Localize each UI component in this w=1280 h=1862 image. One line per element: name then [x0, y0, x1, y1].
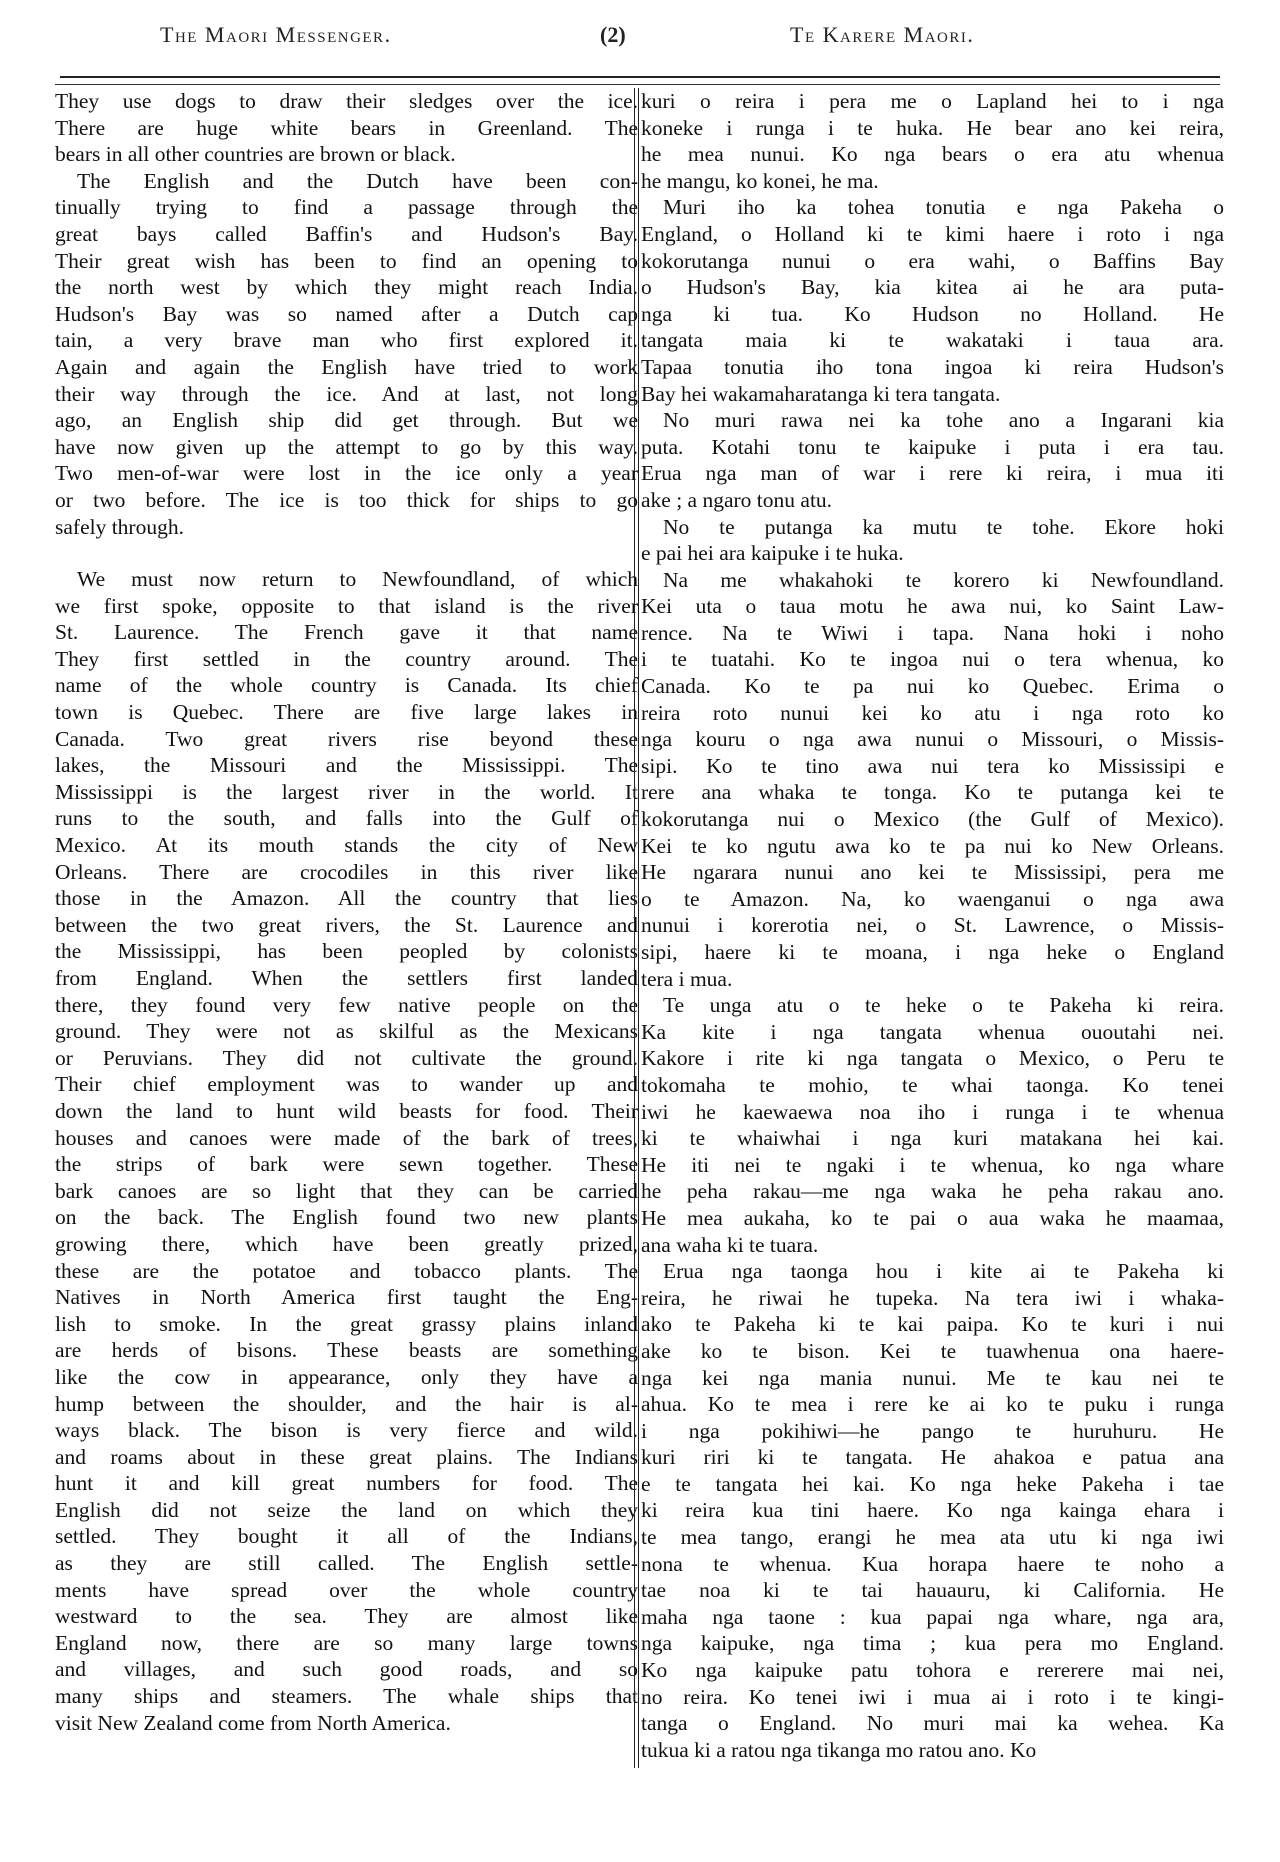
text-line: tera i mua.: [641, 966, 1224, 993]
text-line: Canada. Ko te pa nui ko Quebec. Erima o: [641, 673, 1224, 700]
text-line: English did not seize the land on which …: [55, 1497, 638, 1524]
text-line: Kakore i rite ki nga tangata o Mexico, o…: [641, 1045, 1224, 1072]
text-line: westward to the sea. They are almost lik…: [55, 1603, 638, 1630]
text-line: i te tuatahi. Ko te ingoa nui o tera whe…: [641, 646, 1224, 673]
text-line: no reira. Ko tenei iwi i mua ai i roto i…: [641, 1684, 1224, 1711]
text-line: The English and the Dutch have been con-: [55, 168, 638, 195]
text-line: tokomaha te mohio, te whai taonga. Ko te…: [641, 1072, 1224, 1099]
text-line: We must now return to Newfoundland, of w…: [55, 566, 638, 593]
text-line: tinually trying to find a passage throug…: [55, 194, 638, 221]
paragraph: No muri rawa nei ka tohe ano a Ingarani …: [641, 407, 1224, 513]
text-line: i nga pokihiwi—he pango te huruhuru. He: [641, 1418, 1224, 1445]
text-line: tanga o England. No muri mai ka wehea. K…: [641, 1710, 1224, 1737]
text-line: as they are still called. The English se…: [55, 1550, 638, 1577]
text-line: England, o Holland ki te kimi haere i ro…: [641, 221, 1224, 248]
text-line: houses and canoes were made of the bark …: [55, 1125, 638, 1152]
text-line: ana waha ki te tuara.: [641, 1232, 1224, 1259]
text-line: Canada. Two great rivers rise beyond the…: [55, 726, 638, 753]
paragraph: No te putanga ka mutu te tohe. Ekore hok…: [641, 514, 1224, 567]
text-line: ahua. Ko te mea i rere ke ai ko te puku …: [641, 1391, 1224, 1418]
text-line: He mea aukaha, ko te pai o aua waka he m…: [641, 1205, 1224, 1232]
text-line: e te tangata hei kai. Ko nga heke Pakeha…: [641, 1471, 1224, 1498]
header-rule-thick: [60, 76, 1220, 78]
text-line: Their chief employment was to wander up …: [55, 1071, 638, 1098]
text-line: England now, there are so many large tow…: [55, 1630, 638, 1657]
text-line: kokorutanga nunui o era wahi, o Baffins …: [641, 248, 1224, 275]
text-line: great bays called Baffin's and Hudson's …: [55, 221, 638, 248]
text-line: growing there, which have been greatly p…: [55, 1231, 638, 1258]
text-line: They use dogs to draw their sledges over…: [55, 88, 638, 115]
text-line: those in the Amazon. All the country tha…: [55, 885, 638, 912]
text-line: puta. Kotahi tonu te kaipuke i puta i er…: [641, 434, 1224, 461]
text-line: maha nga taone : kua papai nga whare, ng…: [641, 1604, 1224, 1631]
page-number: (2): [600, 22, 626, 48]
text-line: he peha rakau—me nga waka he peha rakau …: [641, 1178, 1224, 1205]
text-line: nga ki tua. Ko Hudson no Holland. He: [641, 301, 1224, 328]
text-line: bark canoes are so light that they can b…: [55, 1178, 638, 1205]
text-line: Erua nga taonga hou i kite ai te Pakeha …: [641, 1258, 1224, 1285]
text-line: we first spoke, opposite to that island …: [55, 593, 638, 620]
column-divider-right: [638, 88, 639, 1768]
text-line: and villages, and such good roads, and s…: [55, 1656, 638, 1683]
text-line: koneke i runga i te huka. He bear ano ke…: [641, 115, 1224, 142]
text-line: down the land to hunt wild beasts for fo…: [55, 1098, 638, 1125]
text-line: name of the whole country is Canada. Its…: [55, 672, 638, 699]
text-line: ki reira kua tini haere. Ko nga kainga e…: [641, 1497, 1224, 1524]
paragraph: Erua nga taonga hou i kite ai te Pakeha …: [641, 1258, 1224, 1763]
text-line: o te Amazon. Na, ko waenganui o nga awa: [641, 886, 1224, 913]
masthead: The Maori Messenger. (2) Te Karere Maori…: [0, 22, 1280, 52]
text-line: town is Quebec. There are five large lak…: [55, 699, 638, 726]
text-line: hump between the shoulder, and the hair …: [55, 1391, 638, 1418]
text-line: have now given up the attempt to go by t…: [55, 434, 638, 461]
text-line: Bay hei wakamaharatanga ki tera tangata.: [641, 381, 1224, 408]
text-line: between the two great rivers, the St. La…: [55, 912, 638, 939]
text-line: Kei uta o taua motu he awa nui, ko Saint…: [641, 593, 1224, 620]
text-line: hunt it and kill great numbers for food.…: [55, 1470, 638, 1497]
text-line: Kei te ko ngutu awa ko te pa nui ko New …: [641, 833, 1224, 860]
text-line: he mangu, ko konei, he ma.: [641, 168, 1224, 195]
text-line: tangata maia ki te wakataki i taua ara.: [641, 327, 1224, 354]
text-line: He iti nei te ngaki i te whenua, ko nga …: [641, 1152, 1224, 1179]
text-line: bears in all other countries are brown o…: [55, 141, 638, 168]
text-line: runs to the south, and falls into the Gu…: [55, 805, 638, 832]
text-line: Tapaa tonutia iho tona ingoa ki reira Hu…: [641, 354, 1224, 381]
text-line: reira, he riwai he tupeka. Na tera iwi i…: [641, 1285, 1224, 1312]
text-line: Natives in North America first taught th…: [55, 1284, 638, 1311]
text-line: reira roto nunui kei ko atu i nga roto k…: [641, 700, 1224, 727]
text-line: tukua ki a ratou nga tikanga mo ratou an…: [641, 1737, 1224, 1764]
text-line: ways black. The bison is very fierce and…: [55, 1417, 638, 1444]
text-line: Te unga atu o te heke o te Pakeha ki rei…: [641, 992, 1224, 1019]
text-line: kokorutanga nui o Mexico (the Gulf of Me…: [641, 806, 1224, 833]
text-line: nunui i korerotia nei, o St. Lawrence, o…: [641, 912, 1224, 939]
paragraph: Na me whakahoki te korero ki Newfoundlan…: [641, 567, 1224, 993]
text-line: the strips of bark were sewn together. T…: [55, 1151, 638, 1178]
paragraph: Muri iho ka tohea tonutia e nga Pakeha o…: [641, 194, 1224, 407]
text-line: like the cow in appearance, only they ha…: [55, 1364, 638, 1391]
text-line: Their great wish has been to find an ope…: [55, 248, 638, 275]
text-line: Ka kite i nga tangata whenua ououtahi ne…: [641, 1019, 1224, 1046]
text-line: tain, a very brave man who first explore…: [55, 327, 638, 354]
text-line: They first settled in the country around…: [55, 646, 638, 673]
maori-column: kuri o reira i pera me o Lapland hei to …: [641, 88, 1224, 1763]
text-line: No te putanga ka mutu te tohe. Ekore hok…: [641, 514, 1224, 541]
text-line: Two men-of-war were lost in the ice only…: [55, 460, 638, 487]
text-line: nga kaipuke, nga tima ; kua pera mo Engl…: [641, 1630, 1224, 1657]
paragraph: The English and the Dutch have been con-…: [55, 168, 638, 540]
text-line: There are huge white bears in Greenland.…: [55, 115, 638, 142]
text-line: No muri rawa nei ka tohe ano a Ingarani …: [641, 407, 1224, 434]
text-line: nga kouru o nga awa nunui o Missouri, o …: [641, 726, 1224, 753]
text-line: Mexico. At its mouth stands the city of …: [55, 832, 638, 859]
text-line: settled. They bought it all of the India…: [55, 1523, 638, 1550]
text-line: visit New Zealand come from North Americ…: [55, 1710, 638, 1737]
text-line: or Peruvians. They did not cultivate the…: [55, 1045, 638, 1072]
text-line: ake ko te bison. Kei te tuawhenua ona ha…: [641, 1338, 1224, 1365]
text-line: He ngarara nunui ano kei te Mississipi, …: [641, 859, 1224, 886]
text-line: Erua nga man of war i rere ki reira, i m…: [641, 460, 1224, 487]
text-line: are herds of bisons. These beasts are so…: [55, 1337, 638, 1364]
text-line: o Hudson's Bay, kia kitea ai he ara puta…: [641, 274, 1224, 301]
paragraph: They use dogs to draw their sledges over…: [55, 88, 638, 168]
text-line: Again and again the English have tried t…: [55, 354, 638, 381]
text-line: sipi. Ko te tino awa nui tera ko Mississ…: [641, 753, 1224, 780]
text-line: and roams about in these great plains. T…: [55, 1444, 638, 1471]
text-line: rence. Na te Wiwi i tapa. Nana hoki i no…: [641, 620, 1224, 647]
text-line: kuri o reira i pera me o Lapland hei to …: [641, 88, 1224, 115]
text-line: Ko nga kaipuke patu tohora e rererere ma…: [641, 1657, 1224, 1684]
text-line: Mississippi is the largest river in the …: [55, 779, 638, 806]
text-line: ki te whaiwhai i nga kuri matakana hei k…: [641, 1125, 1224, 1152]
text-line: lakes, the Missouri and the Mississippi.…: [55, 752, 638, 779]
text-line: their way through the ice. And at last, …: [55, 381, 638, 408]
paragraph: kuri o reira i pera me o Lapland hei to …: [641, 88, 1224, 194]
text-line: sipi, haere ki te moana, i nga heke o En…: [641, 939, 1224, 966]
text-line: ago, an English ship did get through. Bu…: [55, 407, 638, 434]
header-rule-thin: [55, 84, 1220, 85]
text-line: or two before. The ice is too thick for …: [55, 487, 638, 514]
text-line: ake ; a ngaro tonu atu.: [641, 487, 1224, 514]
text-line: tae noa ki te tai hauauru, ki California…: [641, 1577, 1224, 1604]
text-line: from England. When the settlers first la…: [55, 965, 638, 992]
masthead-maori-title: Te Karere Maori.: [790, 22, 974, 48]
english-column: They use dogs to draw their sledges over…: [55, 88, 638, 1736]
text-line: Muri iho ka tohea tonutia e nga Pakeha o: [641, 194, 1224, 221]
masthead-english-title: The Maori Messenger.: [160, 22, 392, 48]
text-line: these are the potatoe and tobacco plants…: [55, 1258, 638, 1285]
text-line: safely through.: [55, 514, 638, 541]
text-line: on the back. The English found two new p…: [55, 1204, 638, 1231]
paragraph: Te unga atu o te heke o te Pakeha ki rei…: [641, 992, 1224, 1258]
text-line: kuri riri ki te tangata. He ahakoa e pat…: [641, 1444, 1224, 1471]
text-line: Na me whakahoki te korero ki Newfoundlan…: [641, 567, 1224, 594]
text-line: ground. They were not as skilful as the …: [55, 1018, 638, 1045]
text-line: there, they found very few native people…: [55, 992, 638, 1019]
text-line: Hudson's Bay was so named after a Dutch …: [55, 301, 638, 328]
text-line: he mea nunui. Ko nga bears o era atu whe…: [641, 141, 1224, 168]
text-line: nona te whenua. Kua horapa haere te noho…: [641, 1551, 1224, 1578]
text-line: iwi he kaewaewa noa iho i runga i te whe…: [641, 1099, 1224, 1126]
text-line: te mea tango, erangi he mea ata utu ki n…: [641, 1524, 1224, 1551]
text-line: lish to smoke. In the great grassy plain…: [55, 1311, 638, 1338]
paragraph: We must now return to Newfoundland, of w…: [55, 566, 638, 1736]
text-line: St. Laurence. The French gave it that na…: [55, 619, 638, 646]
column-divider-left: [634, 88, 635, 1768]
text-line: ments have spread over the whole country: [55, 1577, 638, 1604]
text-line: the Mississippi, has been peopled by col…: [55, 938, 638, 965]
text-line: the north west by which they might reach…: [55, 274, 638, 301]
text-line: rere ana whaka te tonga. Ko te putanga k…: [641, 779, 1224, 806]
text-line: e pai hei ara kaipuke i te huka.: [641, 540, 1224, 567]
text-line: ako te Pakeha ki te kai paipa. Ko te kur…: [641, 1311, 1224, 1338]
text-line: many ships and steamers. The whale ships…: [55, 1683, 638, 1710]
text-line: Orleans. There are crocodiles in this ri…: [55, 859, 638, 886]
text-line: nga kei nga mania nunui. Me te kau nei t…: [641, 1365, 1224, 1392]
